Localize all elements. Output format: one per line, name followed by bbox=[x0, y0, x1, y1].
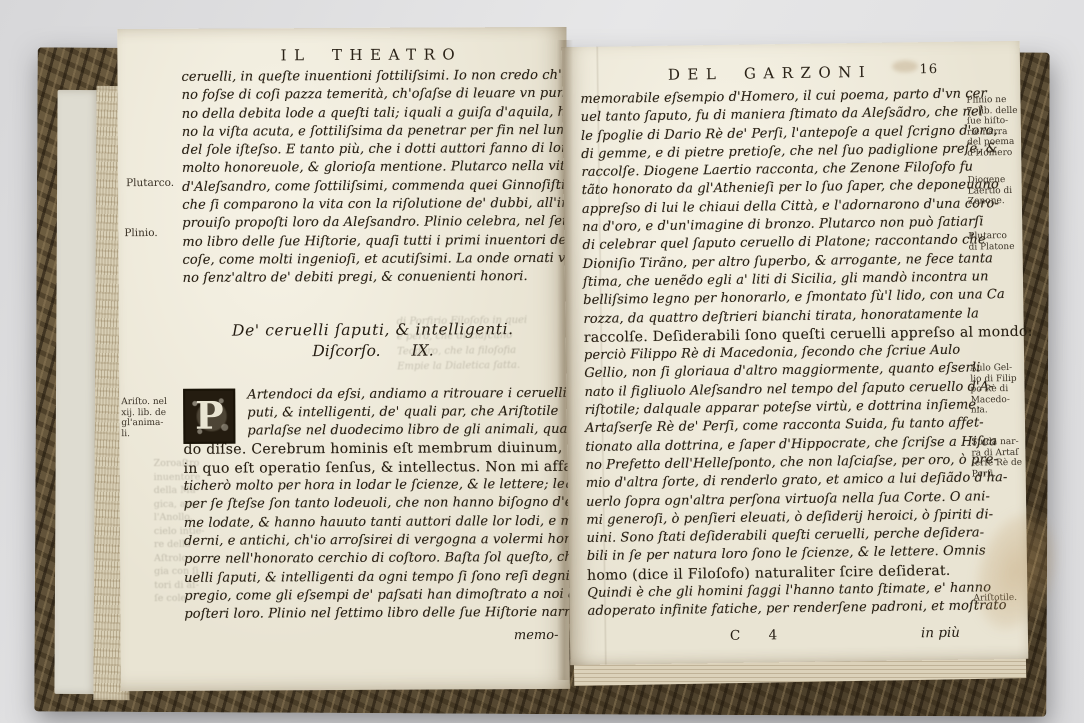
text-line: do diſse. Cerebrum hominis eſt membrum d… bbox=[183, 439, 563, 459]
left-running-header: IL THEATRO bbox=[181, 45, 561, 65]
paragraph-2: P Artendoci da eſsi, andiamo a ritrouare… bbox=[183, 384, 564, 624]
right-text-column: memorabile eſsempio d'Homero, il cui poe… bbox=[580, 86, 968, 648]
margin-note-plutarco: Plutarco. bbox=[126, 177, 174, 189]
paragraph-1: ceruelli, in queſte inuentioni ſottiliſs… bbox=[181, 67, 562, 289]
right-page-lines: memorabile eſsempio d'Homero, il cui poe… bbox=[580, 86, 967, 622]
margin-note-aristotile: Ariſto. nel xij. lib. de gl'anima- li. bbox=[121, 397, 177, 439]
text-line: coſe, come molti ingenioſi, et acutiſsim… bbox=[182, 250, 562, 270]
text-line: pregio, come gli eſsempi de' paſsati han… bbox=[184, 586, 564, 606]
text-line: uelli ſaputi, & intelligenti da ogni tem… bbox=[184, 567, 564, 587]
text-line: adoperato infinite fatiche, per renderſe… bbox=[587, 598, 967, 622]
woodcut-initial: P bbox=[183, 388, 235, 443]
signature-row: C 4 in più bbox=[588, 624, 968, 647]
margin-note-aulo-gellio: Aulo Gel- lio di Filip po Rè di Macedo- … bbox=[970, 363, 1027, 416]
catchword-left: memo- bbox=[184, 628, 564, 645]
left-page: IL THEATRO ceruelli, in queſte inuention… bbox=[117, 27, 569, 691]
paragraph-2-indented-lines: Artendoci da eſsi, andiamo a ritrouare i… bbox=[183, 384, 563, 441]
text-line: prouiſo propoſti loro da Aleſsandro. Pli… bbox=[182, 213, 562, 233]
text-line: no foſse di coſi pazza temerità, ch'oſaſ… bbox=[182, 85, 562, 105]
right-page: DEL GARZONI 16 memorabile eſsempio d'Hom… bbox=[562, 41, 1029, 665]
show-through-text: Zoroaſtro inuentore della Ma- gica, appo… bbox=[154, 457, 225, 606]
text-line: ceruelli, in queſte inuentioni ſottiliſs… bbox=[181, 67, 561, 87]
margin-note-diogene-zenone: Diogene Laertio di Zenone. bbox=[968, 175, 1024, 207]
catchword-right: in più bbox=[921, 624, 960, 641]
margin-note-plutarco-platone: Plutarco di Platone bbox=[968, 231, 1024, 253]
book-photo: IL THEATRO ceruelli, in queſte inuention… bbox=[0, 0, 1084, 723]
margin-note-plinio-homero: Plinio ne 7. lib. delle ſue hiſto- rie n… bbox=[966, 95, 1023, 159]
flyleaf-pastedown bbox=[54, 90, 99, 694]
text-line: me lodate, & hanno hauuto tanti auttori … bbox=[184, 512, 564, 532]
text-line: molto honoreuole, & glorioſa mentione. P… bbox=[182, 158, 562, 178]
text-line: per ſe ſteſse ſon tanto lodeuoli, che no… bbox=[184, 494, 564, 514]
text-line: parlaſse nel duodecimo libro de gli anim… bbox=[247, 421, 563, 441]
signature-mark: C 4 bbox=[730, 627, 777, 644]
text-line: che ſi comparono la vita con la riſoluti… bbox=[182, 195, 562, 215]
margin-note-plinio: Plinio. bbox=[124, 227, 157, 239]
text-line: mo libro delle ſue Hiſtorie, quaſi tutti… bbox=[182, 232, 562, 252]
text-line: no ſenz'altro de' debiti pregi, & conuen… bbox=[183, 268, 563, 288]
text-line: ticherò molto per hora in lodar le ſcien… bbox=[184, 476, 564, 496]
text-line: poſteri loro. Plinio nel ſettimo libro d… bbox=[184, 604, 564, 624]
gutter-shadow bbox=[557, 40, 573, 680]
text-line: Artendoci da eſsi, andiamo a ritrouare i… bbox=[247, 384, 563, 404]
text-line: porre nell'honorato cerchio di coſtoro. … bbox=[184, 549, 564, 569]
right-header-text: DEL GARZONI bbox=[668, 63, 873, 84]
text-line: derni, e antichi, ch'io arroſsirei di ve… bbox=[184, 531, 564, 551]
text-line: no la viſta acuta, e ſottiliſsima da pen… bbox=[182, 122, 562, 142]
text-line: in quo eſt operatio ſenſus, & intellectu… bbox=[184, 458, 564, 478]
margin-note-suida: Suida nar- ra di Artaſ ſerſe Rè de Perſi… bbox=[971, 437, 1028, 480]
text-line: puti, & intelligenti, de' quali par, che… bbox=[247, 403, 563, 423]
text-line: no della debita lode a queſti tali; iqua… bbox=[182, 103, 562, 123]
text-line: d'Aleſsandro, come ſottiliſsimi, commend… bbox=[182, 177, 562, 197]
page-number: 16 bbox=[919, 62, 938, 77]
paragraph-2-lines: do diſse. Cerebrum hominis eſt membrum d… bbox=[183, 439, 564, 624]
text-line: del ſole iſteſso. E tanto più, che i dot… bbox=[182, 140, 562, 160]
